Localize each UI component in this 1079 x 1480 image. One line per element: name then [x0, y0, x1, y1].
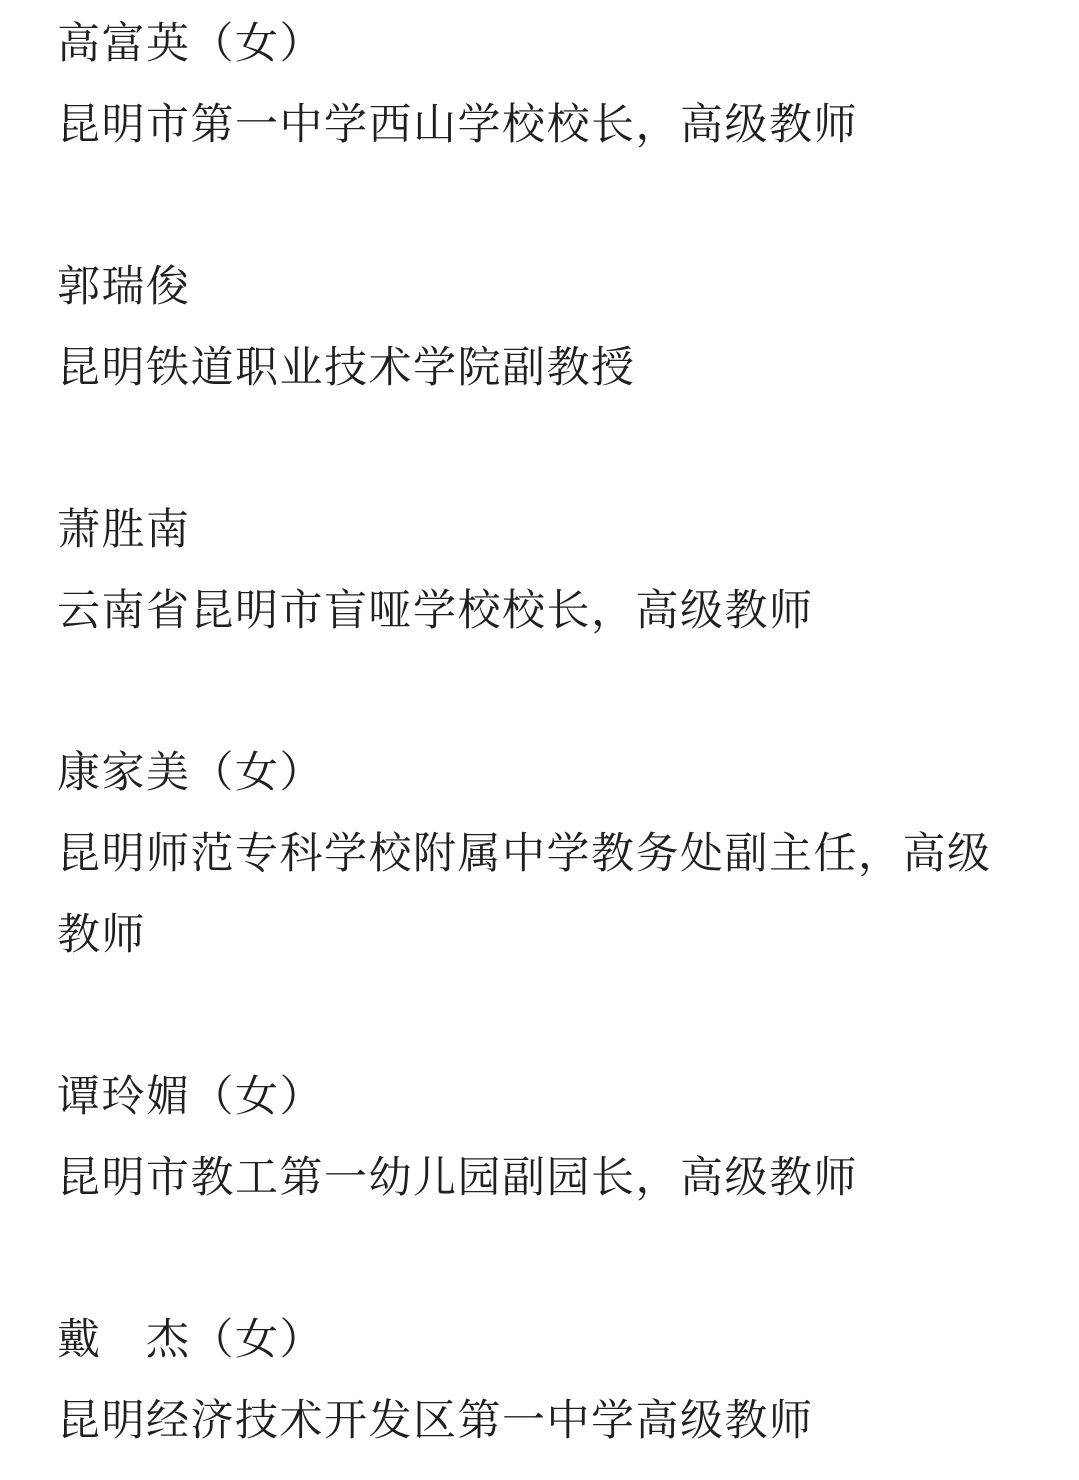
person-title: 昆明铁道职业技术学院副教授 [57, 328, 1022, 409]
list-item: 康家美（女） 昆明师范专科学校附属中学教务处副主任，高级教师 [57, 733, 1022, 976]
person-name: 萧胜南 [57, 490, 1022, 571]
person-name: 谭玲媚（女） [57, 1057, 1022, 1138]
list-item: 谭玲媚（女） 昆明市教工第一幼儿园副园长，高级教师 [57, 1057, 1022, 1219]
list-item: 郭瑞俊 昆明铁道职业技术学院副教授 [57, 247, 1022, 409]
person-name: 郭瑞俊 [57, 247, 1022, 328]
person-name: 高富英（女） [57, 4, 1022, 85]
person-title: 昆明经济技术开发区第一中学高级教师 [57, 1381, 1022, 1462]
list-item: 戴 杰（女） 昆明经济技术开发区第一中学高级教师 [57, 1300, 1022, 1462]
honor-roll-document: 高富英（女） 昆明市第一中学西山学校校长，高级教师 郭瑞俊 昆明铁道职业技术学院… [0, 0, 1079, 1480]
person-title: 昆明市第一中学西山学校校长，高级教师 [57, 85, 1022, 166]
person-title: 昆明师范专科学校附属中学教务处副主任，高级教师 [57, 814, 1022, 976]
list-item: 萧胜南 云南省昆明市盲哑学校校长，高级教师 [57, 490, 1022, 652]
person-title: 云南省昆明市盲哑学校校长，高级教师 [57, 571, 1022, 652]
person-name: 康家美（女） [57, 733, 1022, 814]
person-name: 戴 杰（女） [57, 1300, 1022, 1381]
list-item: 高富英（女） 昆明市第一中学西山学校校长，高级教师 [57, 4, 1022, 166]
person-title: 昆明市教工第一幼儿园副园长，高级教师 [57, 1138, 1022, 1219]
